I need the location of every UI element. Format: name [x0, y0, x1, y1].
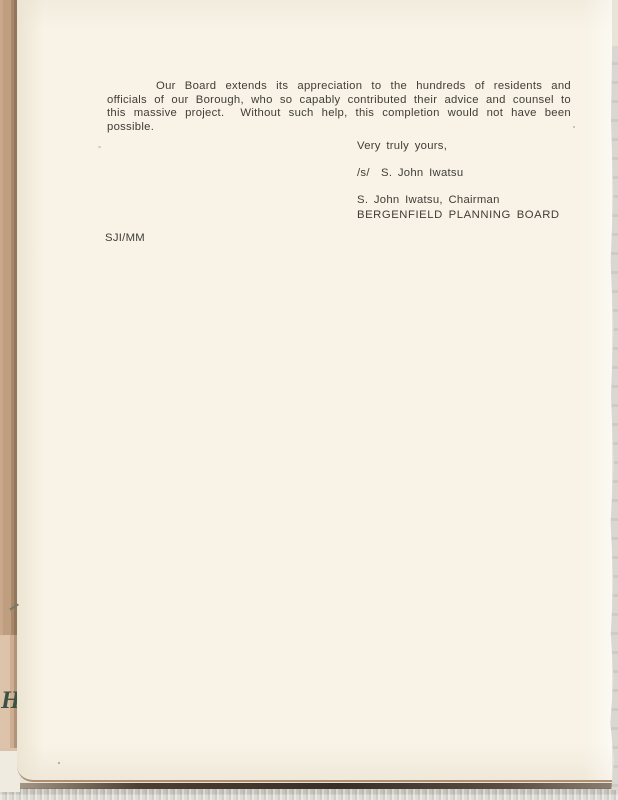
reference-initials: SJI/MM: [105, 232, 145, 246]
body-paragraph: Our Board extends its appreciation to th…: [107, 80, 571, 134]
page-stack-shadow-line: [6, 783, 618, 789]
signer-name-title: S. John Iwatsu, Chairman: [357, 194, 500, 208]
underlying-page-edge: H: [0, 635, 17, 748]
scan-speck: [98, 146, 101, 148]
scan-speck: [58, 762, 60, 764]
scan-speck: [573, 126, 575, 128]
organization-name: BERGENFIELD PLANNING BOARD: [357, 209, 560, 223]
scanner-edge-strip: [0, 788, 618, 800]
letter-page: Our Board extends its appreciation to th…: [17, 0, 612, 782]
scanned-letter-page: H Our Board extends its appreciation to …: [0, 0, 618, 800]
typed-signature: /s/ S. John Iwatsu: [357, 167, 463, 181]
book-cover-edge: [0, 0, 17, 635]
closing-line: Very truly yours,: [357, 140, 447, 154]
